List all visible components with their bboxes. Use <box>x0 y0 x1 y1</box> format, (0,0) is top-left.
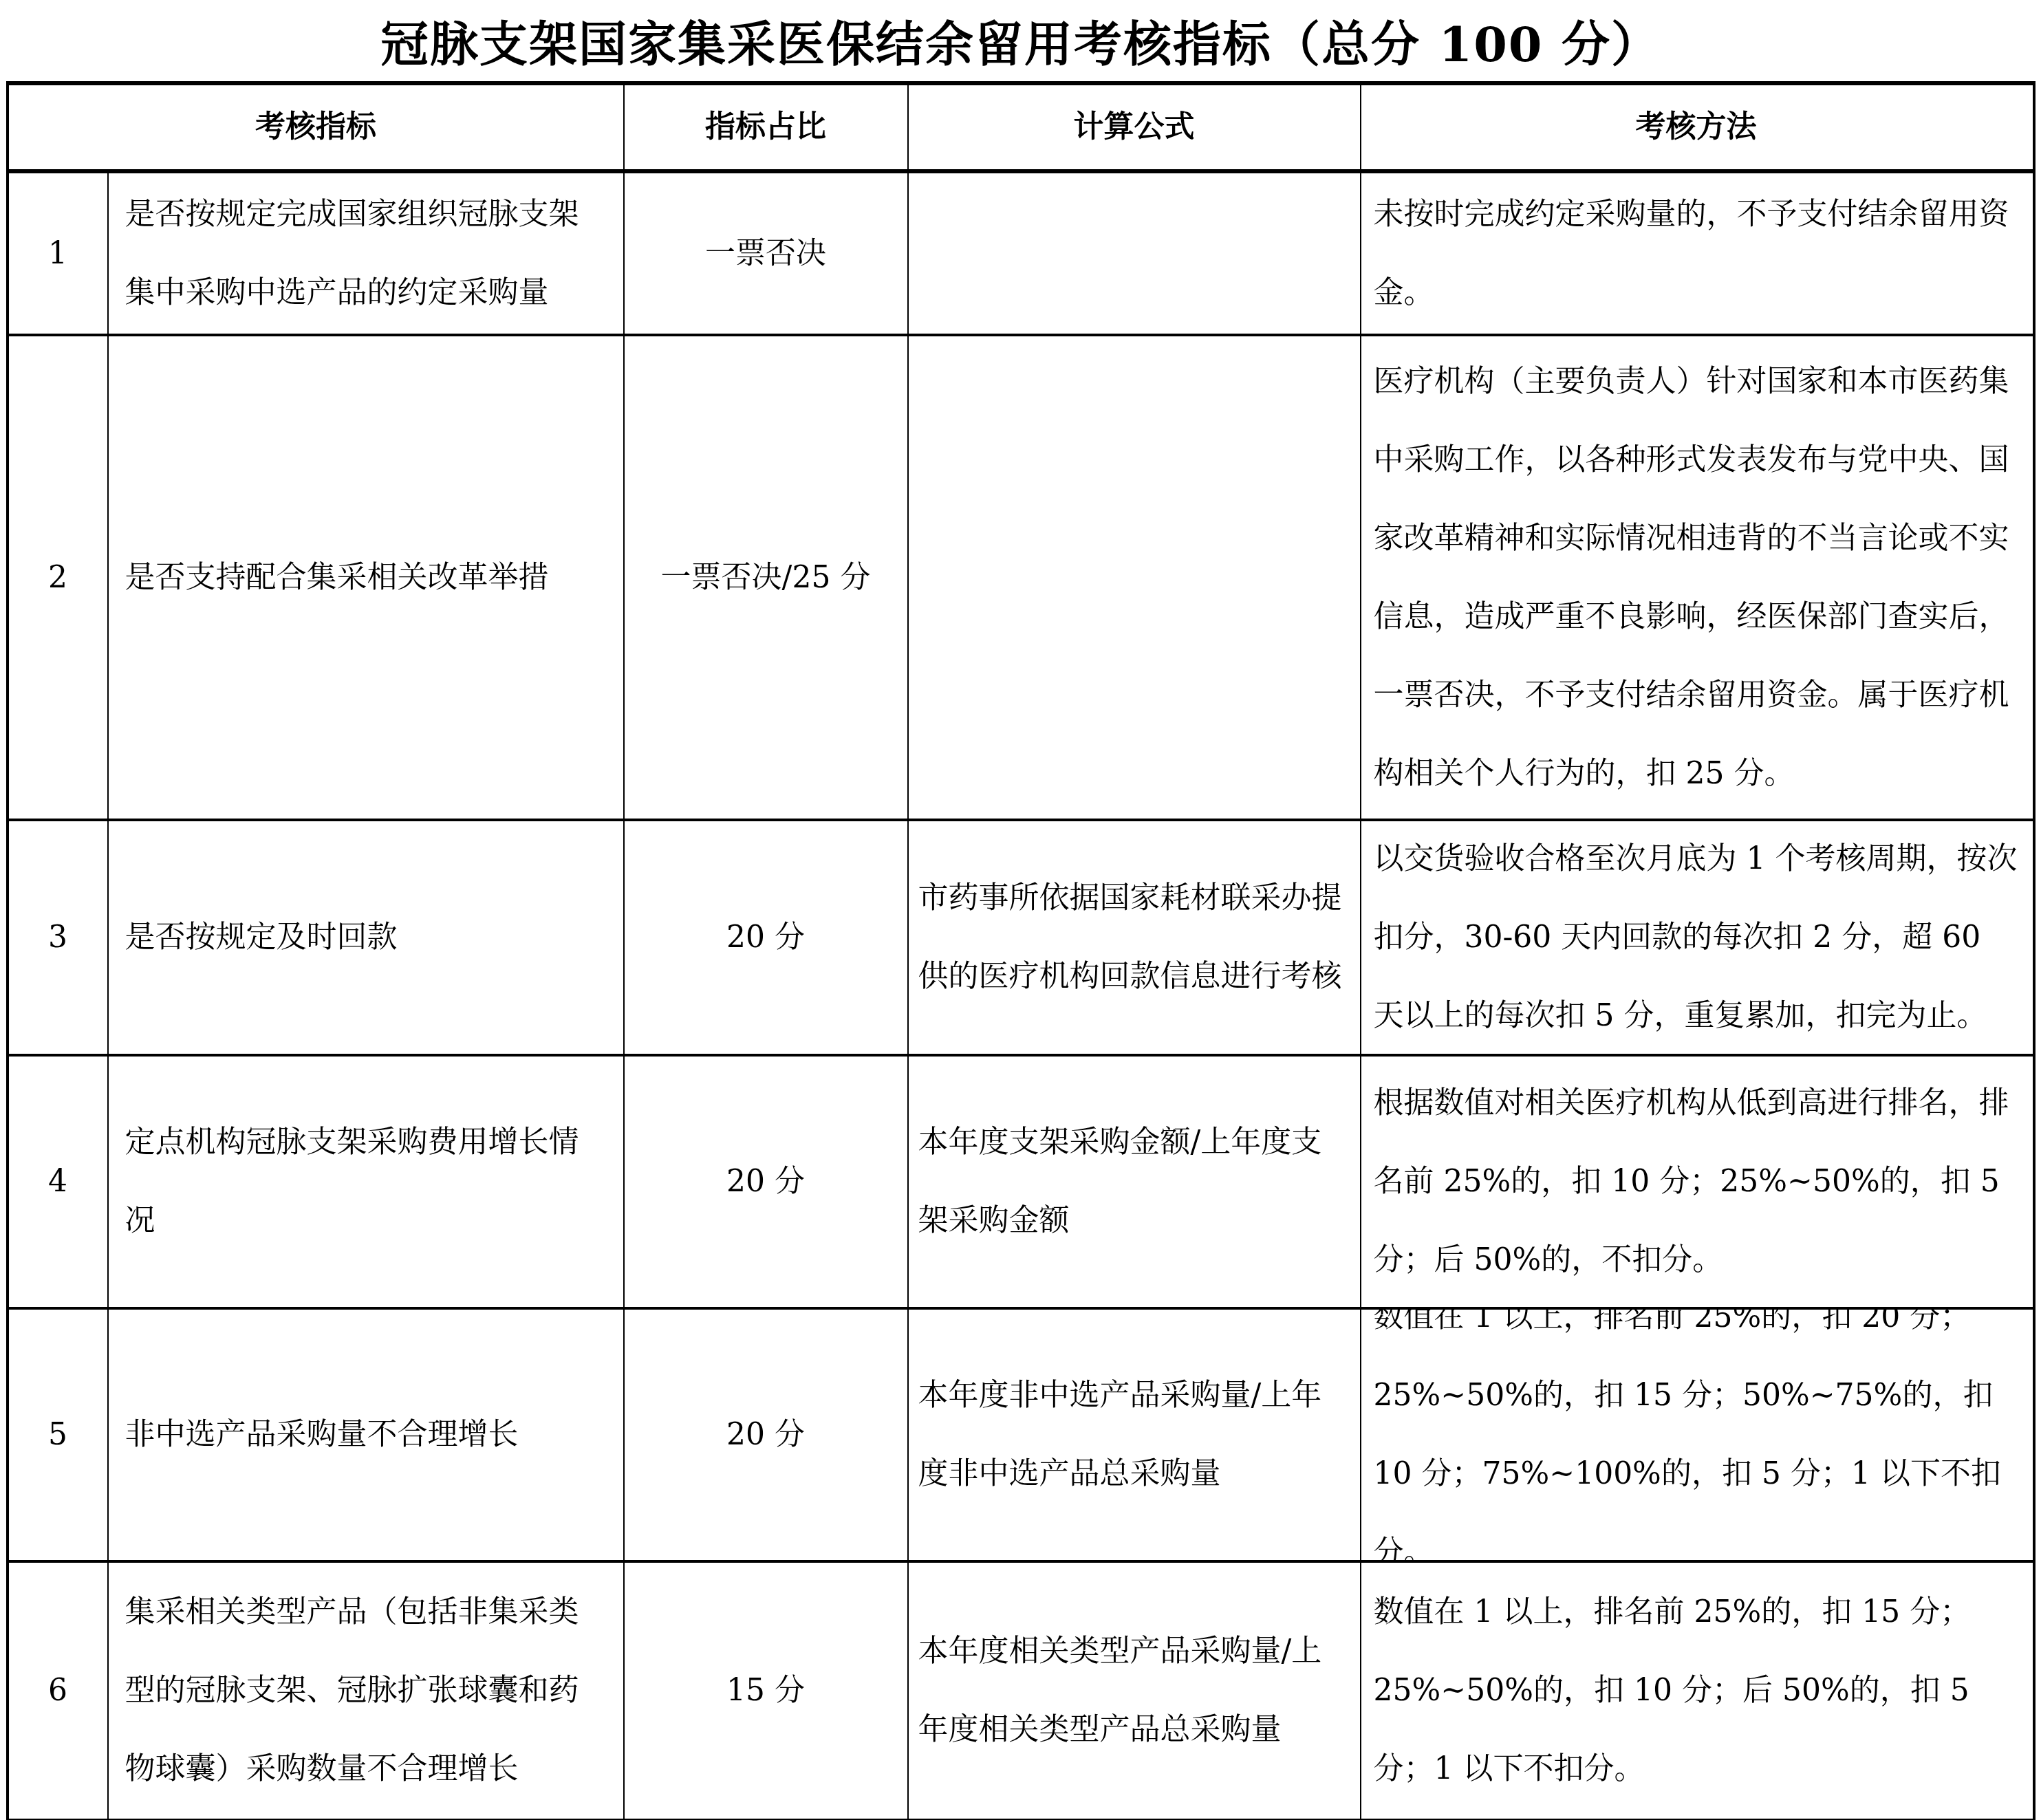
row-6-method: 数值在 1 以上，排名前 25%的，扣 15 分；25%~50%的，扣 10 分… <box>1361 1563 2033 1819</box>
row-2-number: 2 <box>9 336 109 821</box>
row-6-number: 6 <box>9 1563 109 1819</box>
row-3-method: 以交货验收合格至次月底为 1 个考核周期，按次扣分，30-60 天内回款的每次扣… <box>1361 821 2033 1057</box>
header-weight: 指标占比 <box>625 85 909 173</box>
row-5-method: 数值在 1 以上，排名前 25%的，扣 20 分；25%~50%的，扣 15 分… <box>1361 1310 2033 1563</box>
row-3-formula: 市药事所依据国家耗材联采办提供的医疗机构回款信息进行考核 <box>909 821 1361 1057</box>
row-3-number: 3 <box>9 821 109 1057</box>
row-1-formula <box>909 173 1361 336</box>
row-4-number: 4 <box>9 1057 109 1310</box>
row-5-indicator: 非中选产品采购量不合理增长 <box>109 1310 625 1563</box>
header-formula: 计算公式 <box>909 85 1361 173</box>
row-2-weight: 一票否决/25 分 <box>625 336 909 821</box>
row-1-number: 1 <box>9 173 109 336</box>
assessment-table: 考核指标 指标占比 计算公式 考核方法 1 是否按规定完成国家组织冠脉支架集中采… <box>6 81 2035 1820</box>
row-1-indicator: 是否按规定完成国家组织冠脉支架集中采购中选产品的约定采购量 <box>109 173 625 336</box>
row-5-weight: 20 分 <box>625 1310 909 1563</box>
row-5-formula: 本年度非中选产品采购量/上年度非中选产品总采购量 <box>909 1310 1361 1563</box>
header-indicator: 考核指标 <box>9 85 625 173</box>
row-4-formula: 本年度支架采购金额/上年度支架采购金额 <box>909 1057 1361 1310</box>
row-6-indicator: 集采相关类型产品（包括非集采类型的冠脉支架、冠脉扩张球囊和药物球囊）采购数量不合… <box>109 1563 625 1819</box>
row-6-weight: 15 分 <box>625 1563 909 1819</box>
row-3-indicator: 是否按规定及时回款 <box>109 821 625 1057</box>
document-page: 冠脉支架国家集采医保结余留用考核指标（总分 100 分） 考核指标 指标占比 计… <box>0 0 2041 1820</box>
row-2-formula <box>909 336 1361 821</box>
row-4-method: 根据数值对相关医疗机构从低到高进行排名，排名前 25%的，扣 10 分；25%~… <box>1361 1057 2033 1310</box>
row-1-method: 未按时完成约定采购量的，不予支付结余留用资金。 <box>1361 173 2033 336</box>
row-6-formula: 本年度相关类型产品采购量/上年度相关类型产品总采购量 <box>909 1563 1361 1819</box>
row-4-weight: 20 分 <box>625 1057 909 1310</box>
row-2-indicator: 是否支持配合集采相关改革举措 <box>109 336 625 821</box>
page-title: 冠脉支架国家集采医保结余留用考核指标（总分 100 分） <box>0 0 2041 81</box>
row-5-number: 5 <box>9 1310 109 1563</box>
row-4-indicator: 定点机构冠脉支架采购费用增长情况 <box>109 1057 625 1310</box>
header-method: 考核方法 <box>1361 85 2033 173</box>
row-2-method: 医疗机构（主要负责人）针对国家和本市医药集中采购工作，以各种形式发表发布与党中央… <box>1361 336 2033 821</box>
row-3-weight: 20 分 <box>625 821 909 1057</box>
row-1-weight: 一票否决 <box>625 173 909 336</box>
